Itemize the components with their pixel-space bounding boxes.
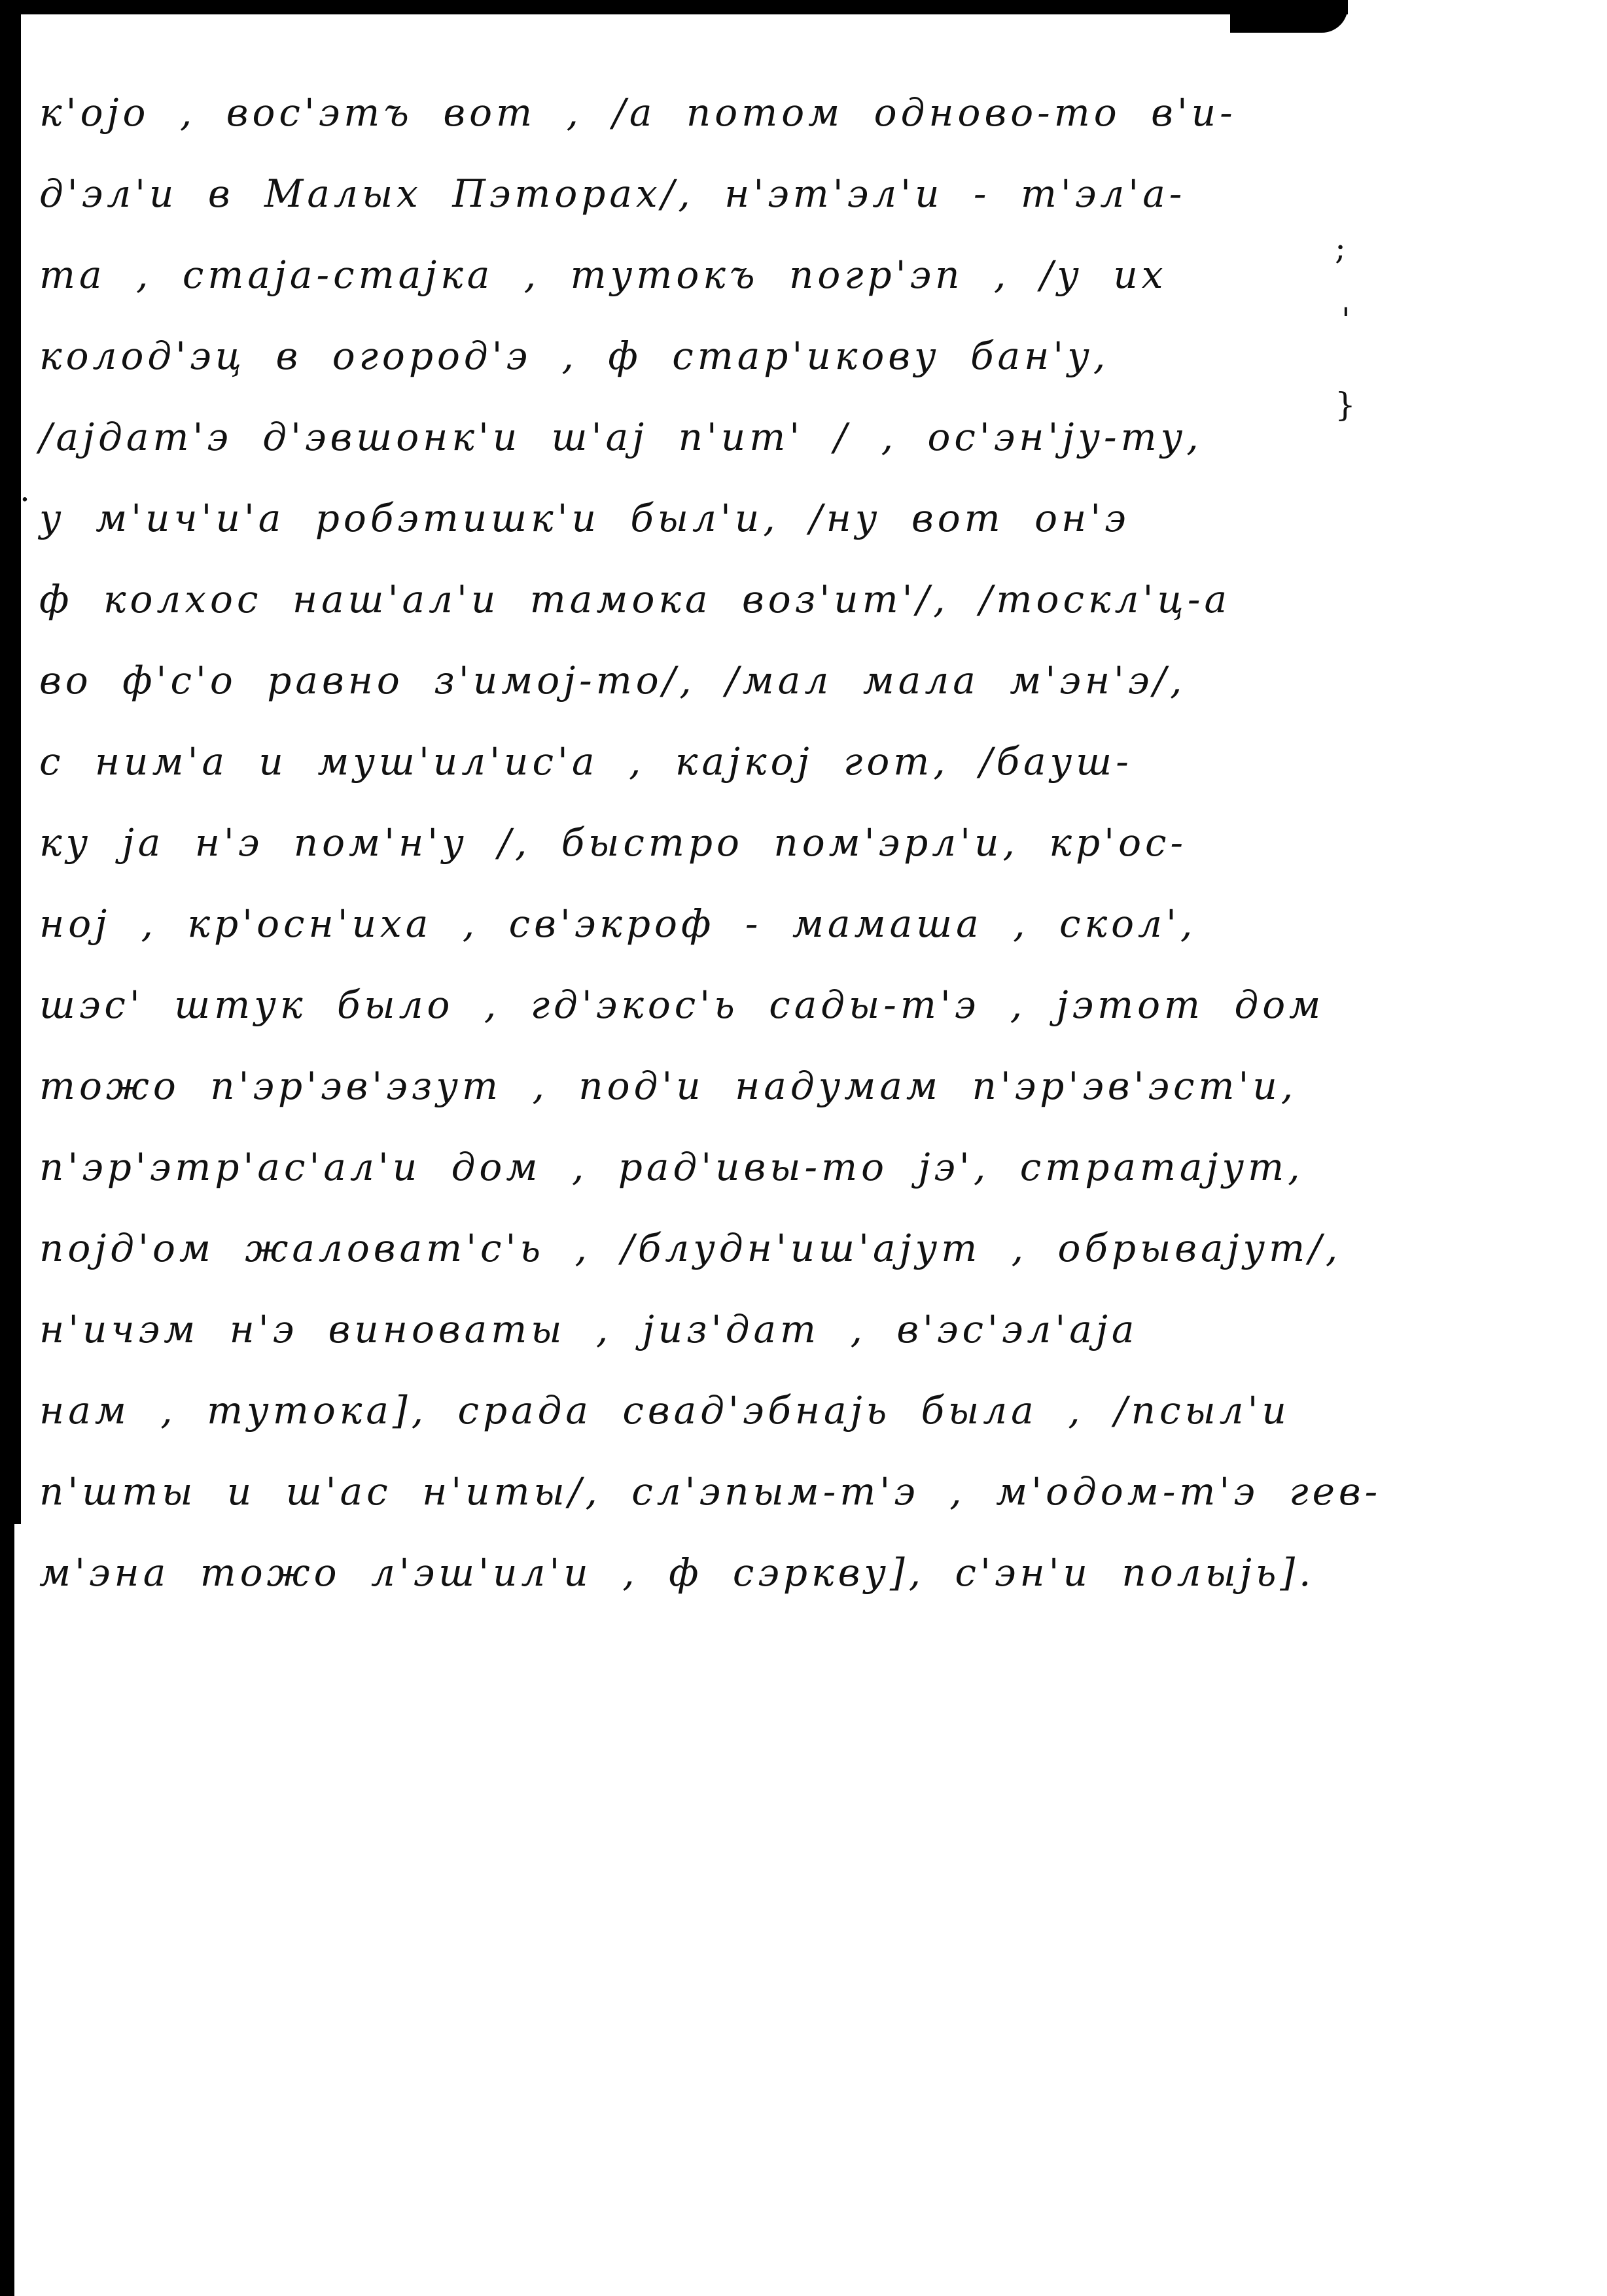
text-line: та , стаја-стајка , тутокъ погр'эп , /у … <box>39 234 1348 315</box>
text-line: тожо п'эр'эв'эзут , под'и надумам п'эр'э… <box>39 1045 1348 1126</box>
text-line: шэс' штук было , гд'экос'ь сады-т'э , јэ… <box>39 964 1348 1045</box>
text-line: п'эр'этр'ас'ал'и дом , рад'ивы-то јэ', с… <box>39 1126 1348 1208</box>
text-line: м'эна тожо л'эш'ил'и , ф сэркву], с'эн'и… <box>39 1532 1348 1613</box>
text-line: с ним'а и муш'ил'ис'а , кајкој гот, /бау… <box>39 721 1348 802</box>
margin-mark: . <box>20 471 30 509</box>
handwritten-text-block: к'ојо , вос'этъ вот , /а потом одново-то… <box>39 72 1348 1613</box>
text-line: појд'ом жаловат'с'ь , /блудн'иш'ајут , о… <box>39 1208 1348 1289</box>
scan-top-fold <box>1230 7 1348 33</box>
text-line: нам , тутока], срада свад'эбнајь была , … <box>39 1370 1348 1451</box>
text-line: п'шты и ш'ас н'иты/, сл'эпым-т'э , м'одо… <box>39 1451 1348 1532</box>
scan-left-edge <box>0 0 14 2296</box>
text-line: колод'эц в огород'э , ф стар'икову бан'у… <box>39 315 1348 396</box>
margin-mark: ' <box>1341 301 1351 339</box>
text-line: у м'ич'и'а робэтишк'и был'и, /ну вот он'… <box>39 478 1348 559</box>
text-line: во ф'с'о равно з'имој-то/, /мал мала м'э… <box>39 640 1348 721</box>
scan-left-edge-inner <box>14 0 21 1524</box>
margin-mark: ; <box>1335 229 1346 267</box>
text-line: к'ојо , вос'этъ вот , /а потом одново-то… <box>39 72 1348 153</box>
text-line: ф колхос наш'ал'и тамока воз'ит'/, /тоск… <box>39 559 1348 640</box>
text-line: ку ја н'э пом'н'у /, быстро пом'эрл'и, к… <box>39 802 1348 883</box>
text-line: н'ичэм н'э виноваты , јиз'дат , в'эс'эл'… <box>39 1289 1348 1370</box>
text-line: /ајдат'э д'эвшонк'и ш'ај п'ит' / , ос'эн… <box>39 396 1348 478</box>
margin-mark: } <box>1335 386 1356 424</box>
text-line: д'эл'и в Малых Пэторах/, н'эт'эл'и - т'э… <box>39 153 1348 234</box>
scanned-page: к'ојо , вос'этъ вот , /а потом одново-то… <box>0 0 1607 2296</box>
text-line: ној , кр'осн'иха , св'экроф - мамаша , с… <box>39 883 1348 964</box>
scan-top-edge <box>0 0 1348 14</box>
